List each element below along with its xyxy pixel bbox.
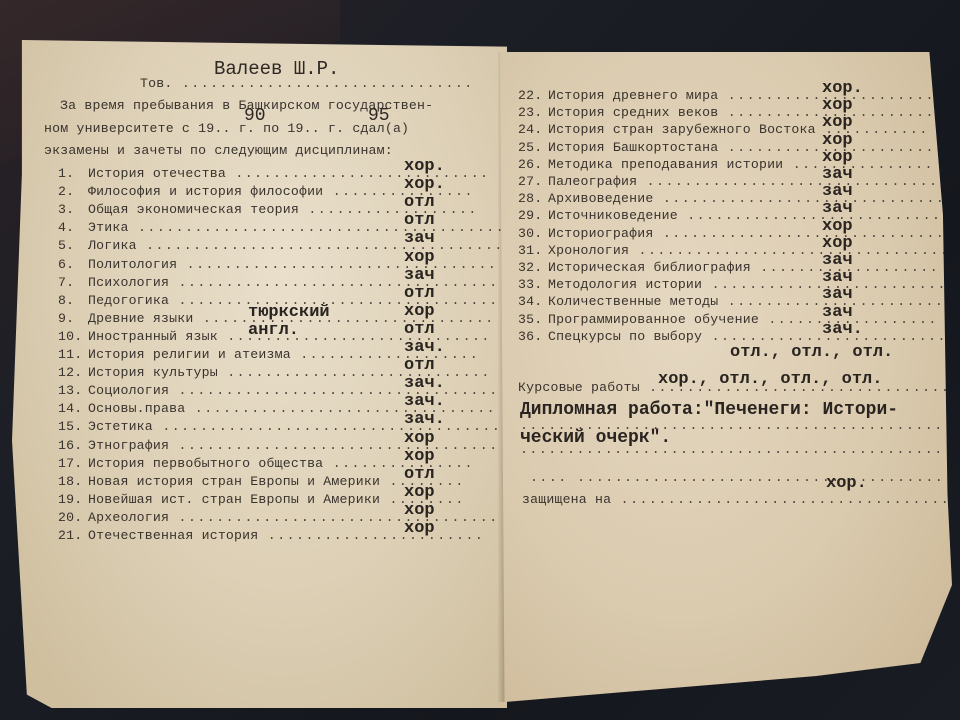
subject-grade: зач	[822, 251, 853, 270]
prefix-label: Тов.	[140, 76, 172, 91]
right-page: 22.История древнего мира ...............…	[500, 52, 952, 702]
subject-grade: хор	[404, 429, 435, 448]
subject-name: История религии и атеизма	[88, 347, 291, 362]
subject-grade: хор	[822, 113, 853, 132]
thesis-underline-3: .... ...................................…	[530, 470, 954, 485]
subject-number: 19.	[58, 492, 88, 507]
subject-row: 27.Палеография .........................…	[518, 174, 957, 189]
subject-number: 8.	[58, 293, 88, 308]
subject-name: История отечества	[88, 166, 226, 181]
leader-dots: ..................	[299, 202, 478, 217]
subject-number: 15.	[58, 419, 88, 434]
subject-note: англ.	[248, 321, 299, 340]
subject-row: 4.Этика ................................…	[58, 220, 505, 235]
subject-grade: хор	[404, 483, 435, 502]
subject-number: 12.	[58, 365, 88, 380]
coursework-grades: хор., отл., отл., отл.	[658, 370, 882, 389]
subject-number: 31.	[518, 243, 548, 258]
subject-number: 16.	[58, 438, 88, 453]
subject-grade: хор	[404, 447, 435, 466]
subject-grade: хор.	[822, 79, 863, 98]
subject-grade: хор.	[404, 157, 445, 176]
subject-row: 33.Методология истории .................…	[518, 277, 947, 292]
coursework-label: Курсовые работы	[518, 380, 640, 395]
subject-grade: зач	[822, 182, 853, 201]
subject-number: 36.	[518, 329, 548, 344]
year-end: 95	[368, 106, 390, 126]
subject-grade: зач	[822, 268, 853, 287]
subject-grade: отл	[404, 193, 435, 212]
subject-number: 7.	[58, 275, 88, 290]
subject-name: Хронология	[548, 243, 629, 258]
subject-number: 24.	[518, 122, 548, 137]
subject-name: Общая экономическая теория	[88, 202, 299, 217]
subject-number: 6.	[58, 257, 88, 272]
leader-dots: ..................................	[629, 243, 958, 258]
subject-name: Философия и история философии	[88, 184, 323, 199]
subject-grade: отл	[404, 465, 435, 484]
subject-number: 26.	[518, 157, 548, 172]
name-line: Тов. ...............................	[140, 76, 474, 91]
subject-number: 34.	[518, 294, 548, 309]
subject-number: 20.	[58, 510, 88, 525]
subject-number: 22.	[518, 88, 548, 103]
leader-dots: ..................................	[169, 275, 498, 290]
subject-grade: зач.	[822, 320, 863, 339]
subject-name: Археология	[88, 510, 169, 525]
subject-name: Источниковедение	[548, 208, 678, 223]
defended-label: защищена на	[522, 492, 611, 507]
subject-number: 28.	[518, 191, 548, 206]
subject-name: Социология	[88, 383, 169, 398]
subject-number: 9.	[58, 311, 88, 326]
subject-number: 29.	[518, 208, 548, 223]
subject-number: 18.	[58, 474, 88, 489]
subject-row: 23.История средних веков ...............…	[518, 105, 944, 120]
leader-dots: ...........................	[226, 166, 490, 181]
subject-name: Новейшая ист. стран Европы и Америки	[88, 492, 380, 507]
subject-number: 1.	[58, 166, 88, 181]
subject-number: 35.	[518, 312, 548, 327]
subject-number: 30.	[518, 226, 548, 241]
subject-number: 5.	[58, 238, 88, 253]
subject-grade: зач	[822, 303, 853, 322]
subject-number: 11.	[58, 347, 88, 362]
subject-row: 36.Спецкурсы по выбору .................…	[518, 329, 947, 344]
leader-dots: .......................................	[129, 220, 506, 235]
subject-number: 33.	[518, 277, 548, 292]
subject-name: Основы.права	[88, 401, 185, 416]
leader-dots: ...............	[323, 456, 474, 471]
subject-row: 26.Методика преподавания истории .......…	[518, 157, 934, 172]
subject-grade: хор	[822, 217, 853, 236]
subject-number: 21.	[58, 528, 88, 543]
leader-dots: .................................	[177, 257, 497, 272]
subject-grade: зач	[404, 229, 435, 248]
subject-grade: хор.	[404, 175, 445, 194]
subject-number: 13.	[58, 383, 88, 398]
leader-dots: ..................................	[169, 510, 498, 525]
subject-number: 10.	[58, 329, 88, 344]
subject-grade: отл	[404, 356, 435, 375]
intro-line-3: экзамены и зачеты по следующим дисциплин…	[44, 143, 393, 158]
leader-dots: ............................	[678, 208, 951, 223]
subject-name: Методология истории	[548, 277, 702, 292]
subject-grade: хор	[822, 148, 853, 167]
subject-name: Программированное обучение	[548, 312, 759, 327]
defended-row: защищена на ............................…	[522, 492, 960, 507]
leader-dots: .......................	[258, 528, 484, 543]
leader-dots: ..................................	[169, 383, 498, 398]
subject-row: 28.Архивоведение .......................…	[518, 191, 955, 206]
subject-name: Отечественная история	[88, 528, 258, 543]
leader-dots: ..................................	[169, 293, 498, 308]
subject-name: Этика	[88, 220, 129, 235]
leader-dots: ......................................	[137, 238, 504, 253]
subject-name: Историография	[548, 226, 653, 241]
subject-name: Иностранный язык	[88, 329, 218, 344]
leader-dots: ...............................	[653, 226, 954, 241]
subject-grade: зач.	[404, 392, 445, 411]
leader-dots: ...............................	[193, 311, 494, 326]
subject-grade: хор	[822, 131, 853, 150]
thesis-underline-2: ........................................…	[520, 442, 960, 457]
subject-grade: отл	[404, 211, 435, 230]
subject-number: 17.	[58, 456, 88, 471]
subject-number: 4.	[58, 220, 88, 235]
leader-dots: ................................	[185, 401, 496, 416]
subject-row: 32.Историческая библиография ...........…	[518, 260, 939, 275]
subject-row: 22.История древнего мира ...............…	[518, 88, 944, 103]
subject-name: История Башкортостана	[548, 140, 718, 155]
leader-dots: ..................................	[169, 438, 498, 453]
subject-name: Политология	[88, 257, 177, 272]
subject-name: Архивоведение	[548, 191, 653, 206]
subject-name: Эстетика	[88, 419, 153, 434]
thesis-grade: хор.	[826, 474, 867, 493]
subject-grade: зач.	[404, 374, 445, 393]
leader-dots: ...................	[291, 347, 479, 362]
subject-name: Психология	[88, 275, 169, 290]
subject-grade: отл	[404, 284, 435, 303]
subject-grade: хор	[822, 96, 853, 115]
subject-number: 2.	[58, 184, 88, 199]
leader-dots: ...............	[323, 184, 474, 199]
subject-grade: хор	[822, 234, 853, 253]
subject-number: 23.	[518, 105, 548, 120]
subject-name: Палеография	[548, 174, 637, 189]
thesis-line-1: Дипломная работа:"Печенеги: Истори-	[520, 400, 898, 420]
left-page: Валеев Ш.Р. Тов. .......................…	[12, 40, 507, 708]
subject-grade: хор	[404, 519, 435, 538]
subject-grade: отл	[404, 320, 435, 339]
subject-name: История первобытного общества	[88, 456, 323, 471]
subject-grade: хор	[404, 248, 435, 267]
subject-name: Древние языки	[88, 311, 193, 326]
subject-name: Спецкурсы по выбору	[548, 329, 702, 344]
subject-name: Этнография	[88, 438, 169, 453]
subject-row: 35.Программированное обучение ..........…	[518, 312, 938, 327]
subject-note: тюркский	[248, 303, 330, 322]
subject-grade: зач	[404, 266, 435, 285]
subject-name: Логика	[88, 238, 137, 253]
leader-dots: .................................	[637, 174, 957, 189]
subject-grade: зач	[822, 165, 853, 184]
subject-number: 14.	[58, 401, 88, 416]
special-courses-grades: отл., отл., отл.	[730, 343, 893, 362]
subject-name: Количественные методы	[548, 294, 718, 309]
leader-dots: ...............	[783, 157, 934, 172]
subject-grade: зач.	[404, 338, 445, 357]
subject-row: 31.Хронология ..........................…	[518, 243, 959, 258]
subject-row: 30.Историография .......................…	[518, 226, 955, 241]
subject-grade: зач	[822, 199, 853, 218]
subject-row: 5.Логика ...............................…	[58, 238, 504, 253]
intro-line-2: ном университете с 19.. г. по 19.. г. сд…	[44, 121, 409, 136]
subject-grade: зач.	[404, 410, 445, 429]
subject-row: 24.История стран зарубежного Востока ...…	[518, 122, 929, 137]
subject-name: История древнего мира	[548, 88, 718, 103]
subject-name: История стран зарубежного Востока	[548, 122, 816, 137]
subject-grade: зач	[822, 285, 853, 304]
subject-row: 34.Количественные методы ...............…	[518, 294, 944, 309]
subject-number: 32.	[518, 260, 548, 275]
leader-dots: ....................................	[153, 419, 501, 434]
subject-grade: хор	[404, 302, 435, 321]
subject-name: Новая история стран Европы и Америки	[88, 474, 380, 489]
leader-dots: ...............................	[653, 191, 954, 206]
subject-number: 25.	[518, 140, 548, 155]
subject-name: Историческая библиография	[548, 260, 751, 275]
leader-dots: ............................	[218, 365, 491, 380]
subject-number: 27.	[518, 174, 548, 189]
subject-name: История средних веков	[548, 105, 718, 120]
subject-name: Методика преподавания истории	[548, 157, 783, 172]
subject-grade: хор	[404, 501, 435, 520]
year-start: 90	[244, 106, 266, 126]
subject-number: 3.	[58, 202, 88, 217]
subject-row: 29.Источниковедение ....................…	[518, 208, 951, 223]
subject-name: История культуры	[88, 365, 218, 380]
subject-name: Педогогика	[88, 293, 169, 308]
subject-row: 25.История Башкортостана ...............…	[518, 140, 944, 155]
